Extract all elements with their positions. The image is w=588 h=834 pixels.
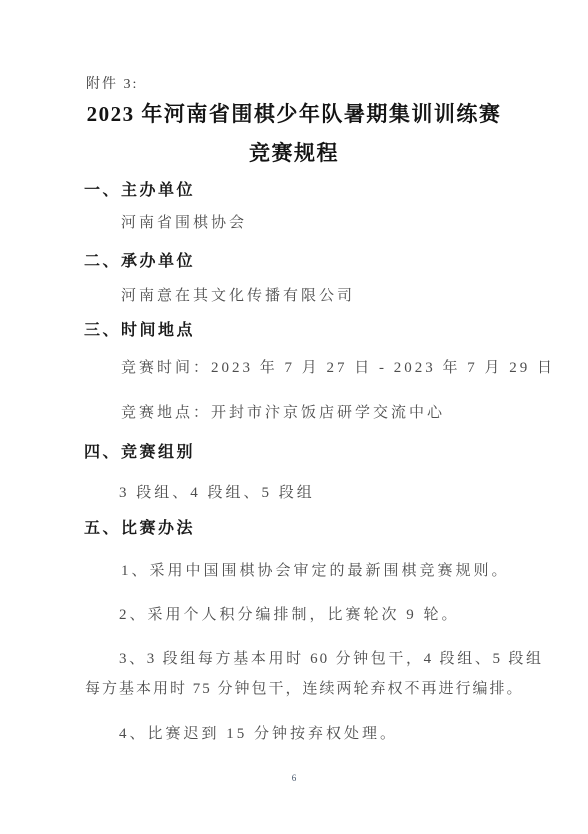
section-heading-groups: 四、竞赛组别 [84,443,195,463]
rules-item-4: 4、比赛迟到 15 分钟按弃权处理。 [119,725,398,744]
section-paragraph-competition-place: 竞赛地点：开封市汴京饭店研学交流中心 [121,404,445,423]
section-paragraph-competition-time: 竞赛时间：2023 年 7 月 27 日 - 2023 年 7 月 29 日 [121,359,555,378]
section-heading-organizer: 一、主办单位 [84,181,195,201]
rules-item-3: 3、3 段组每方基本用时 60 分钟包干，4 段组、5 段组每方基本用时 75 … [85,644,543,704]
section-paragraph-organizer: 河南省围棋协会 [121,214,247,233]
section-heading-co-organizer: 二、承办单位 [84,252,195,272]
rules-item-1: 1、采用中国围棋协会审定的最新围棋竞赛规则。 [121,562,510,581]
rules-item-2: 2、采用个人积分编排制，比赛轮次 9 轮。 [119,606,460,625]
document-page: 附件 3: 2023 年河南省围棋少年队暑期集训训练赛 竞赛规程 一、主办单位 … [0,0,588,834]
doc-title-line2: 竞赛规程 [0,140,588,166]
section-heading-time-place: 三、时间地点 [84,321,195,341]
section-paragraph-groups: 3 段组、4 段组、5 段组 [119,484,315,503]
section-paragraph-co-organizer: 河南意在其文化传播有限公司 [121,287,355,306]
page-number: 6 [0,773,588,784]
doc-title-line1: 2023 年河南省围棋少年队暑期集训训练赛 [0,101,588,127]
attachment-label: 附件 3: [86,76,138,94]
section-heading-rules: 五、比赛办法 [84,519,195,539]
